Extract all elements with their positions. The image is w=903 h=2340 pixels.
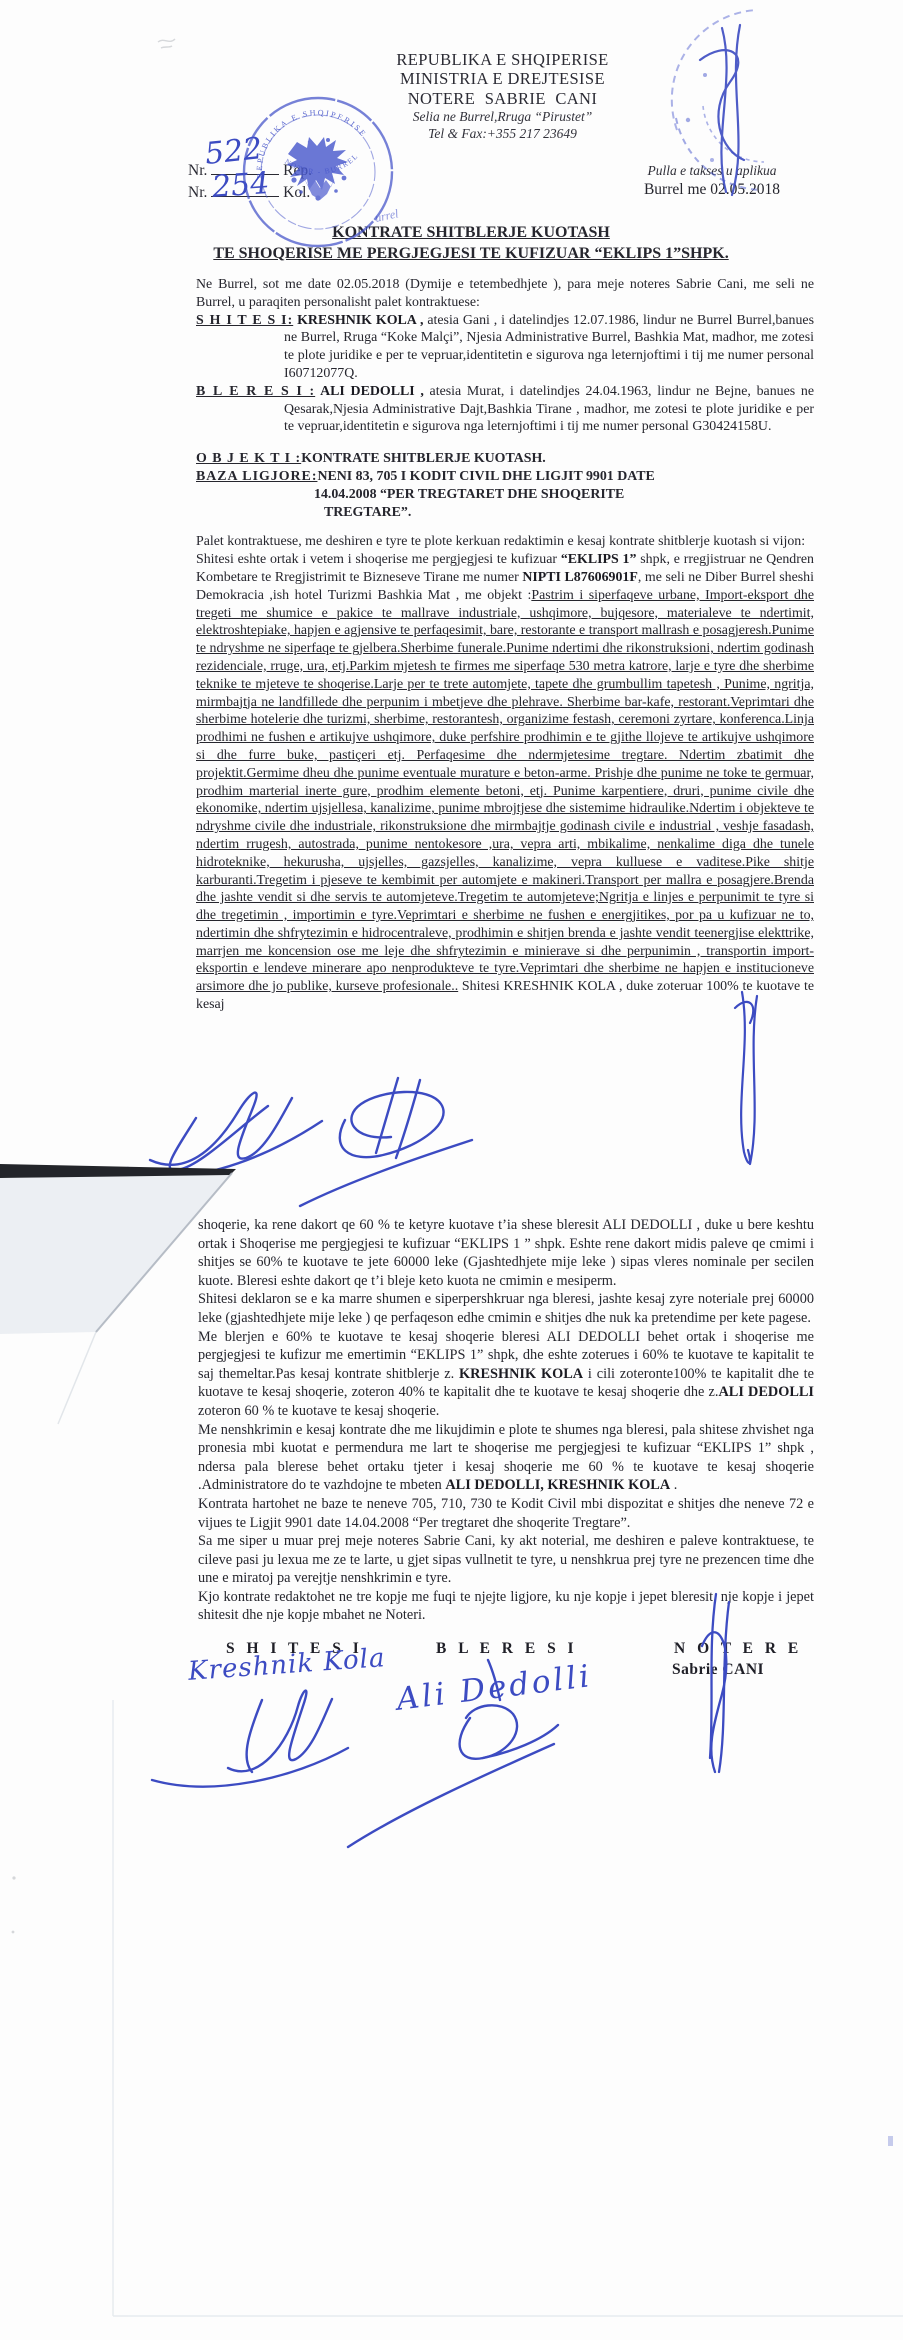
object-value: KONTRATE SHITBLERJE KUOTASH. — [301, 451, 546, 466]
notary-attestation-text: Sa me siper u muar prej meje noteres Sab… — [198, 1533, 814, 1586]
sale-agreement-text: shoqerie, ka rene dakort qe 60 % te kety… — [198, 1217, 814, 1289]
legal-basis-cont2: TREGTARE”. — [196, 504, 814, 522]
notary-printed-name: Sabrie CANI — [672, 1661, 764, 1679]
company-name: “EKLIPS 1” — [561, 552, 637, 567]
copies-text: Kjo kontrate redaktohet ne tre kopje me … — [198, 1589, 814, 1624]
contract-title: KONTRATE SHITBLERJE KUOTASH TE SHOQERISE… — [162, 222, 780, 264]
notary-signature-label: N O T E R E — [674, 1640, 802, 1658]
transfer-text-2: . — [670, 1477, 677, 1493]
tax-applied-text: Pulla e takses u aplikua — [612, 163, 812, 179]
buyer-label: B L E R E S I : — [196, 384, 315, 399]
page1-seller-signature — [128, 1093, 322, 1177]
company-activities-underlined: Pastrim i siperfaqeve urbane, Import-eks… — [196, 588, 814, 995]
page2-sheet-edges — [113, 1700, 903, 2316]
company-intro: Shitesi eshte ortak i vetem i shoqerise … — [196, 552, 561, 567]
parties-wish-text: Palet kontraktuese, me deshiren e tyre t… — [196, 534, 805, 549]
registry-kol-label: Kol. — [283, 184, 310, 201]
legal-basis-value: NENI 83, 705 I KODIT CIVIL DHE LIGJIT 99… — [317, 469, 654, 484]
letterhead-ministry: MINISTRIA E DREJTESISE — [375, 69, 630, 88]
letterhead-notary-name: NOTERE SABRIE CANI — [375, 89, 630, 108]
seller-signature-flourish — [152, 1691, 348, 1787]
legal-articles-text: Kontrata hartohet ne baze te neneve 705,… — [198, 1496, 814, 1531]
scanned-notarial-contract: { "doc": { "header": { "l1": "REPUBLIKA … — [0, 0, 903, 2340]
letterhead-phone: Tel & Fax:+355 217 23649 — [375, 126, 630, 142]
page1-buyer-signature — [300, 1078, 472, 1206]
administrators-names: ALI DEDOLLI, KRESHNIK KOLA — [445, 1477, 670, 1493]
legal-basis-label: BAZA LIGJORE: — [196, 469, 317, 484]
pencil-mark — [158, 39, 175, 48]
intro-text: Ne Burrel, sot me date 02.05.2018 (Dymij… — [196, 277, 814, 310]
registry-rep-label: Rep. — [283, 162, 312, 179]
notary-attestation-paragraph: Sa me siper u muar prej meje noteres Sab… — [198, 1532, 814, 1588]
legal-basis-line: BAZA LIGJORE:NENI 83, 705 I KODIT CIVIL … — [196, 468, 814, 486]
parties-wish-paragraph: Palet kontraktuese, me deshiren e tyre t… — [196, 533, 814, 551]
intro-paragraph: Ne Burrel, sot me date 02.05.2018 (Dymij… — [196, 276, 814, 312]
registry-nr-label: Nr. — [188, 162, 207, 179]
place-date: Burrel me 02.05.2018 — [612, 181, 812, 199]
payment-declaration-paragraph: Shitesi deklaron se e ka marre shumen e … — [198, 1290, 814, 1327]
company-object-paragraph: Shitesi eshte ortak i vetem i shoqerise … — [196, 551, 814, 1014]
object-legal-basis: O B J E K T I :KONTRATE SHITBLERJE KUOTA… — [196, 450, 814, 521]
legal-articles-paragraph: Kontrata hartohet ne baze te neneve 705,… — [198, 1495, 814, 1532]
notary-letterhead: REPUBLIKA E SHQIPERISE MINISTRIA E DREJT… — [375, 50, 630, 142]
registry-nr-label: Nr. — [188, 184, 207, 201]
letterhead-republic: REPUBLIKA E SHQIPERISE — [375, 50, 630, 69]
contract-page-1: KONTRATE SHITBLERJE KUOTASH TE SHOQERISE… — [196, 222, 814, 1014]
object-line: O B J E K T I :KONTRATE SHITBLERJE KUOTA… — [196, 450, 814, 468]
page1-right-signature — [735, 992, 757, 1164]
tax-stamp-note: Pulla e takses u aplikua Burrel me 02.05… — [612, 163, 812, 199]
transfer-paragraph: Me nenshkrimin e kesaj kontrate dhe me l… — [198, 1421, 814, 1495]
seller-label: S H I T E S I: — [196, 313, 293, 328]
sale-agreement-paragraph: shoqerie, ka rene dakort qe 60 % te kety… — [198, 1216, 814, 1290]
contract-title-line1: KONTRATE SHITBLERJE KUOTASH — [332, 222, 610, 243]
buyer-name: ALI DEDOLLI , — [315, 384, 424, 399]
seller-identification: S H I T E S I: KRESHNIK KOLA , atesia Ga… — [196, 312, 814, 383]
buyer-signature-label: B L E R E S I — [436, 1640, 578, 1658]
ownership-result-paragraph: Me blerjen e 60% te kuotave te kesaj sho… — [198, 1328, 814, 1421]
letterhead-address: Selia ne Burrel,Rruga “Pirustet” — [375, 109, 630, 125]
seller-name: KRESHNIK KOLA , — [293, 313, 423, 328]
contract-page-2: shoqerie, ka rene dakort qe 60 % te kety… — [198, 1216, 814, 1625]
buyer-name-bold: ALI DEDOLLI — [718, 1384, 814, 1400]
payment-declaration-text: Shitesi deklaron se e ka marre shumen e … — [198, 1291, 814, 1326]
copies-paragraph: Kjo kontrate redaktohet ne tre kopje me … — [198, 1588, 814, 1625]
object-label: O B J E K T I : — [196, 451, 301, 466]
seller-name-bold: KRESHNIK KOLA — [459, 1366, 583, 1382]
contract-title-line2: TE SHOQERISE ME PERGJEGJESI TE KUFIZUAR … — [213, 243, 728, 264]
ownership-text-3: zoteron 60 % te kuotave te kesaj shoqeri… — [198, 1403, 439, 1419]
legal-basis-cont1: 14.04.2008 “PER TREGTARET DHE SHOQERITE — [196, 486, 814, 504]
handwritten-kol-number: 254 — [211, 166, 271, 205]
buyer-identification: B L E R E S I : ALI DEDOLLI , atesia Mur… — [196, 383, 814, 436]
company-nipt: NIPTI L87606901F — [522, 570, 637, 585]
handwritten-rep-number: 522 — [203, 131, 264, 172]
stray-marks — [12, 1876, 893, 2146]
